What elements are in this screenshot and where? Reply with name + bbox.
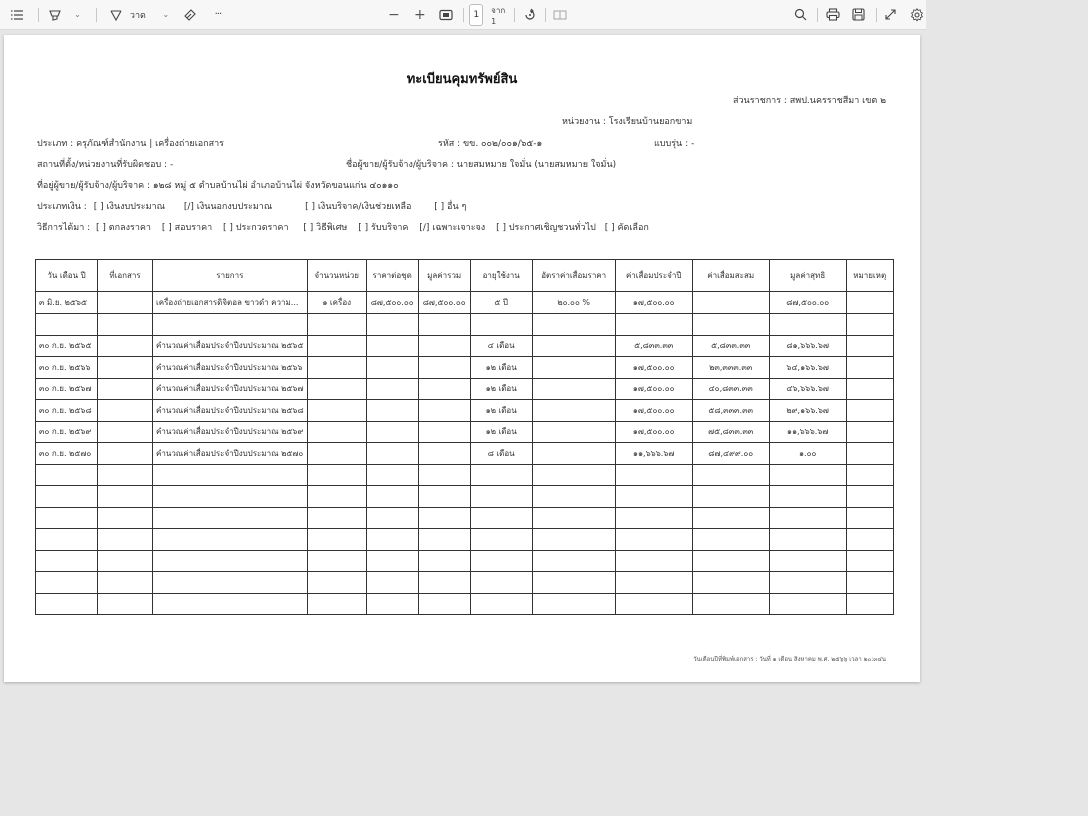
table-cell [98,421,153,443]
table-cell [98,593,153,615]
table-cell [769,486,846,508]
table-cell: คำนวณค่าเสื่อมประจำปีงบประมาณ ๒๕๖๕ [153,335,308,357]
page-view-icon[interactable] [551,4,569,26]
table-cell: ๔๐,๘๓๓.๓๓ [692,378,769,400]
table-cell: ๓๐ ก.ย. ๒๕๖๕ [36,335,98,357]
table-cell [98,507,153,529]
table-cell [418,572,470,594]
table-cell: ๕ ปี [470,292,532,314]
table-cell [366,550,418,572]
table-row [36,529,894,551]
table-cell: ๔๖,๖๖๖.๖๗ [769,378,846,400]
table-cell [98,357,153,379]
table-cell [846,507,893,529]
table-cell [307,400,366,422]
save-icon[interactable] [850,4,868,26]
acquisition-option: [ ] ตกลงราคา [96,223,151,233]
table-cell [98,292,153,314]
table-cell [36,550,98,572]
table-cell [307,550,366,572]
table-cell: คำนวณค่าเสื่อมประจำปีงบประมาณ ๒๕๖๖ [153,357,308,379]
table-cell [418,314,470,336]
table-cell: ๒๓,๓๓๓.๓๓ [692,357,769,379]
table-cell [307,593,366,615]
table-cell [36,314,98,336]
table-cell [615,486,692,508]
table-cell: ๔ เดือน [470,335,532,357]
table-cell: ๑๑,๖๖๖.๖๗ [769,421,846,443]
table-cell [366,335,418,357]
table-cell [366,529,418,551]
money-type-option: [ ] เงินบริจาค/เงินช่วยเหลือ [305,202,411,212]
fit-page-icon[interactable] [437,4,455,26]
table-cell [769,572,846,594]
column-header: มูลค่ารวม [418,260,470,292]
table-cell: ๑.๐๐ [769,443,846,465]
code-line: รหัส : ขข. ๐๐๒/๐๐๑/๖๕-๑ [438,136,542,150]
table-cell: ๗๕,๘๓๓.๓๓ [692,421,769,443]
column-header: ค่าเสื่อมประจำปี [615,260,692,292]
column-header: ที่เอกสาร [98,260,153,292]
table-row: ๓๐ ก.ย. ๒๕๖๘คำนวณค่าเสื่อมประจำปีงบประมา… [36,400,894,422]
table-cell: ๑๗,๕๐๐.๐๐ [615,378,692,400]
table-cell: ๑๗,๕๐๐.๐๐ [615,292,692,314]
table-cell [692,507,769,529]
table-header-row: วัน เดือน ปีที่เอกสารรายการจำนวนหน่วยราค… [36,260,894,292]
table-cell [307,464,366,486]
table-cell [846,378,893,400]
table-cell: ๑๑,๖๖๖.๖๗ [615,443,692,465]
table-cell: ๑๗,๕๐๐.๐๐ [615,421,692,443]
money-type-option: [ ] อื่น ๆ [434,202,466,212]
table-cell [470,486,532,508]
table-cell [615,529,692,551]
table-cell [532,421,615,443]
table-cell [418,357,470,379]
eraser-icon[interactable] [181,4,199,26]
table-cell [615,550,692,572]
table-cell: ๘ เดือน [470,443,532,465]
table-cell: ๑๗,๕๐๐.๐๐ [615,357,692,379]
unit-line: หน่วยงาน : โรงเรียนบ้านยอกขาม [562,114,692,128]
rotate-icon[interactable] [521,4,539,26]
table-cell: ๕๘,๓๓๓.๓๓ [692,400,769,422]
table-cell [153,529,308,551]
table-cell [307,507,366,529]
table-cell [470,464,532,486]
table-row [36,486,894,508]
table-cell [692,572,769,594]
table-cell [98,378,153,400]
table-cell [532,335,615,357]
table-cell [307,421,366,443]
table-cell: ๓๐ ก.ย. ๒๕๖๗ [36,378,98,400]
table-row: ๓๐ ก.ย. ๒๕๖๕คำนวณค่าเสื่อมประจำปีงบประมา… [36,335,894,357]
column-header: อัตราค่าเสื่อมราคา [532,260,615,292]
table-cell [846,529,893,551]
draw-label[interactable]: วาด [129,4,147,26]
table-cell [366,464,418,486]
money-type-option: [/] เงินนอกงบประมาณ [184,202,272,212]
vendor-address-line: ที่อยู่ผู้ขาย/ผู้รับจ้าง/ผู้บริจาค : ๑๒๘… [37,178,399,192]
acquisition-option: [ ] ประกาศเชิญชวนทั่วไป [496,223,596,233]
table-cell [366,357,418,379]
table-cell [366,507,418,529]
table-cell: ๒๐.๐๐ % [532,292,615,314]
table-row [36,507,894,529]
table-row: ๓๐ ก.ย. ๒๕๖๖คำนวณค่าเสื่อมประจำปีงบประมา… [36,357,894,379]
table-row: ๓๐ ก.ย. ๒๕๗๐คำนวณค่าเสื่อมประจำปีงบประมา… [36,443,894,465]
highlight-icon[interactable] [46,4,64,26]
acquisition-option: [ ] รับบริจาค [358,223,408,233]
contents-list-icon[interactable] [8,4,26,26]
acquisition-option: [/] เฉพาะเจาะจง [419,223,485,233]
table-cell [532,572,615,594]
acquisition-option: [ ] สอบราคา [162,223,212,233]
table-cell [418,421,470,443]
draw-chevron-down-icon[interactable]: ⌄ [157,4,175,26]
table-cell [470,572,532,594]
money-type-option: [ ] เงินงบประมาณ [94,202,165,212]
table-cell [846,357,893,379]
table-cell: ๑๒ เดือน [470,357,532,379]
table-cell [307,443,366,465]
table-cell [532,486,615,508]
table-cell: คำนวณค่าเสื่อมประจำปีงบประมาณ ๒๕๖๗ [153,378,308,400]
table-cell: ๒๙,๑๖๖.๖๗ [769,400,846,422]
table-cell: ๑ เครื่อง [307,292,366,314]
table-cell: ๘๗,๕๐๐.๐๐ [366,292,418,314]
table-row [36,464,894,486]
zoom-out-button[interactable]: − [385,4,403,26]
table-row [36,314,894,336]
column-header: ราคาต่อชุด [366,260,418,292]
table-cell [846,421,893,443]
table-cell [153,486,308,508]
asset-register-table: วัน เดือน ปีที่เอกสารรายการจำนวนหน่วยราค… [35,259,894,615]
table-row: ๓ มิ.ย. ๒๕๖๕เครื่องถ่ายเอกสารดิจิตอล ขาว… [36,292,894,314]
location-line: สถานที่ตั้ง/หน่วยงานที่รับผิดชอบ : - [37,157,173,171]
table-cell [98,529,153,551]
table-cell [846,292,893,314]
table-cell: ๓๐ ก.ย. ๒๕๖๘ [36,400,98,422]
table-cell [615,314,692,336]
table-cell [615,593,692,615]
table-row [36,593,894,615]
settings-icon[interactable] [908,4,926,26]
table-cell [532,378,615,400]
table-cell [418,443,470,465]
table-cell [366,378,418,400]
table-cell [769,507,846,529]
table-cell [418,486,470,508]
table-cell: ๖๔,๑๖๖.๖๗ [769,357,846,379]
table-cell [532,464,615,486]
table-cell: ๓ มิ.ย. ๒๕๖๕ [36,292,98,314]
table-cell [470,593,532,615]
table-cell [98,400,153,422]
table-cell [366,572,418,594]
money-type-label: ประเภทเงิน : [37,202,87,212]
table-cell [532,529,615,551]
table-cell: ๑๒ เดือน [470,421,532,443]
table-cell: ๘๗,๔๙๙.๐๐ [692,443,769,465]
table-cell [418,550,470,572]
document-title: ทะเบียนคุมทรัพย์สิน [4,68,920,89]
column-header: รายการ [153,260,308,292]
table-cell [418,378,470,400]
table-cell [692,529,769,551]
print-date-note: วันเดือนปีที่พิมพ์เอกสาร : วันที่ ๑ เดือ… [693,654,886,664]
table-cell: ๑๒ เดือน [470,378,532,400]
pdf-page: ทะเบียนคุมทรัพย์สิน ส่วนราชการ : สพป.นคร… [4,35,920,682]
table-cell [307,529,366,551]
table-cell [846,335,893,357]
table-cell [98,572,153,594]
table-cell [98,335,153,357]
page-count-label: จาก 1 [491,4,509,26]
highlight-chevron-down-icon[interactable]: ⌄ [68,4,86,26]
zoom-in-button[interactable]: + [411,4,429,26]
table-cell [615,572,692,594]
table-cell [532,400,615,422]
table-cell [98,464,153,486]
table-cell: คำนวณค่าเสื่อมประจำปีงบประมาณ ๒๕๖๘ [153,400,308,422]
table-cell [307,486,366,508]
table-cell [692,550,769,572]
table-cell [418,335,470,357]
acquisition-label: วิธีการได้มา : [37,223,90,233]
table-cell: เครื่องถ่ายเอกสารดิจิตอล ขาวดำ ความ... [153,292,308,314]
table-cell [153,314,308,336]
table-cell [366,421,418,443]
table-cell [615,464,692,486]
table-cell [692,464,769,486]
table-cell [846,593,893,615]
table-cell [153,464,308,486]
table-row: ๓๐ ก.ย. ๒๕๖๙คำนวณค่าเสื่อมประจำปีงบประมา… [36,421,894,443]
column-header: มูลค่าสุทธิ [769,260,846,292]
acquisition-row: วิธีการได้มา : [ ] ตกลงราคา [ ] สอบราคา … [37,220,649,234]
table-cell [692,292,769,314]
table-cell [366,486,418,508]
column-header: จำนวนหน่วย [307,260,366,292]
table-cell: ๘๑,๖๖๖.๖๗ [769,335,846,357]
table-cell [307,357,366,379]
pdf-toolbar: ⌄ วาด ⌄ ··· − + 1 จาก 1 [0,0,926,30]
acquisition-option: [ ] คัดเลือก [605,223,649,233]
table-cell [846,464,893,486]
column-header: วัน เดือน ปี [36,260,98,292]
table-cell [36,529,98,551]
search-icon[interactable] [791,4,809,26]
table-cell [470,314,532,336]
toolbar-background [926,0,1088,29]
table-cell [36,507,98,529]
table-cell [366,314,418,336]
table-cell [846,550,893,572]
draw-icon[interactable] [107,4,125,26]
table-cell: ๕,๘๓๓.๓๓ [615,335,692,357]
table-cell [153,507,308,529]
table-cell [769,314,846,336]
table-cell [418,529,470,551]
table-cell [846,572,893,594]
table-cell [307,378,366,400]
table-cell [532,443,615,465]
table-cell [153,593,308,615]
table-cell [769,464,846,486]
table-cell [153,572,308,594]
table-cell [418,507,470,529]
agency-line: ส่วนราชการ : สพป.นครราชสีมา เขต ๒ [733,93,886,107]
table-cell: ๓๐ ก.ย. ๒๕๖๙ [36,421,98,443]
table-cell [470,550,532,572]
table-cell [307,572,366,594]
table-cell [769,550,846,572]
table-cell [846,314,893,336]
table-cell [532,593,615,615]
table-cell [470,529,532,551]
table-cell: ๓๐ ก.ย. ๒๕๖๖ [36,357,98,379]
column-header: อายุใช้งาน [470,260,532,292]
page-number-input[interactable]: 1 [469,4,483,26]
table-cell [470,507,532,529]
table-row [36,550,894,572]
table-cell: ๑๒ เดือน [470,400,532,422]
print-icon[interactable] [824,4,842,26]
table-cell [98,443,153,465]
table-cell [418,464,470,486]
table-cell: ๑๗,๕๐๐.๐๐ [615,400,692,422]
fullscreen-icon[interactable] [882,4,900,26]
model-line: แบบรุ่น : - [654,136,694,150]
table-cell [366,593,418,615]
table-cell [153,550,308,572]
table-cell [692,314,769,336]
table-cell: ๓๐ ก.ย. ๒๕๗๐ [36,443,98,465]
acquisition-option: [ ] ประกวดราคา [223,223,288,233]
table-cell: ๕,๘๓๓.๓๓ [692,335,769,357]
table-cell [692,486,769,508]
table-cell [36,464,98,486]
table-cell: ๘๗,๕๐๐.๐๐ [769,292,846,314]
table-cell [36,593,98,615]
table-cell [846,443,893,465]
table-cell: คำนวณค่าเสื่อมประจำปีงบประมาณ ๒๕๗๐ [153,443,308,465]
table-cell [532,357,615,379]
table-cell [307,335,366,357]
column-header: หมายเหตุ [846,260,893,292]
acquisition-option: [ ] วิธีพิเศษ [303,223,347,233]
column-header: ค่าเสื่อมสะสม [692,260,769,292]
table-cell [532,507,615,529]
table-cell [532,550,615,572]
table-cell [532,314,615,336]
table-cell [846,486,893,508]
vendor-name-line: ชื่อผู้ขาย/ผู้รับจ้าง/ผู้บริจาค : นายสมห… [346,157,616,171]
table-cell [307,314,366,336]
table-cell [418,593,470,615]
table-cell: คำนวณค่าเสื่อมประจำปีงบประมาณ ๒๕๖๙ [153,421,308,443]
table-cell [98,550,153,572]
table-cell [769,593,846,615]
table-cell [692,593,769,615]
money-type-row: ประเภทเงิน : [ ] เงินงบประมาณ [/] เงินนอ… [37,199,466,213]
more-icon[interactable]: ··· [209,4,227,26]
table-cell [366,443,418,465]
table-row: ๓๐ ก.ย. ๒๕๖๗คำนวณค่าเสื่อมประจำปีงบประมา… [36,378,894,400]
table-cell [769,529,846,551]
table-cell [98,486,153,508]
table-cell [36,486,98,508]
table-cell [36,572,98,594]
table-cell [615,507,692,529]
table-cell [366,400,418,422]
table-cell: ๘๗,๕๐๐.๐๐ [418,292,470,314]
table-cell [846,400,893,422]
table-cell [418,400,470,422]
table-row [36,572,894,594]
type-line: ประเภท : ครุภัณฑ์สำนักงาน | เครื่องถ่ายเ… [37,136,224,150]
table-cell [98,314,153,336]
